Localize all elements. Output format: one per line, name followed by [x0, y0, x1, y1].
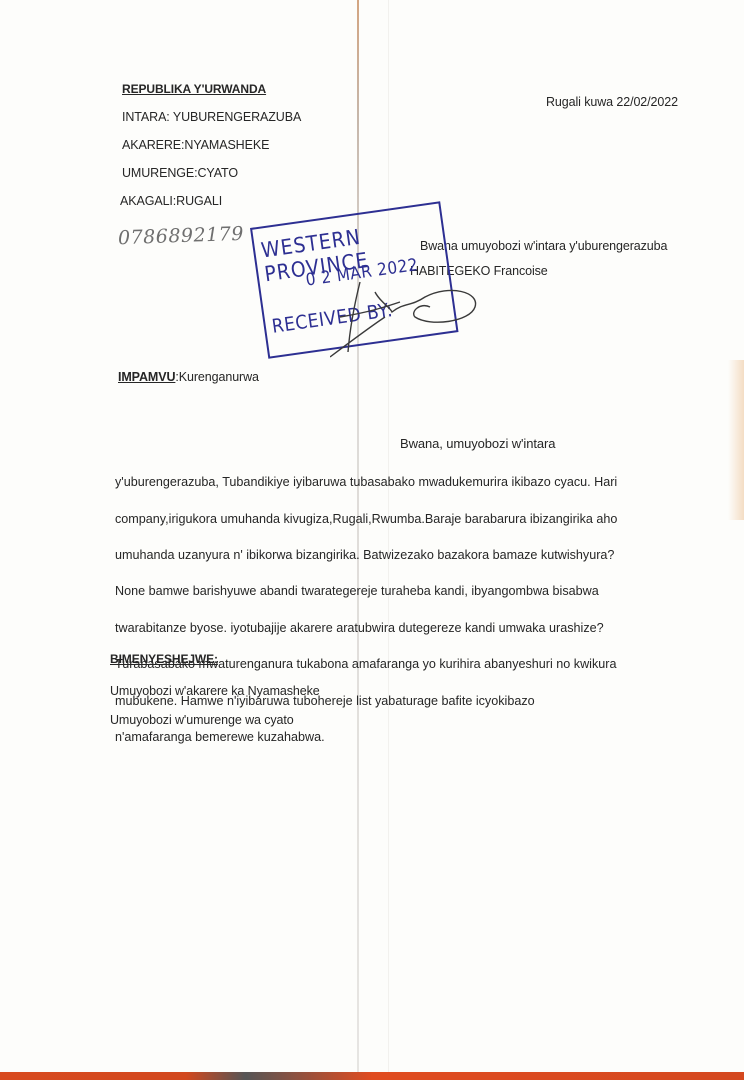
body-line: y'uburengerazuba, Tubandikiye iyibaruwa … [115, 473, 705, 491]
copy-recipient: Umuyobozi w'akarere ka Nyamasheke [110, 684, 320, 698]
handwritten-phone-number: 0786892179 [118, 223, 245, 249]
salutation: Bwana, umuyobozi w'intara [400, 436, 555, 451]
scan-bottom-edge [0, 1072, 744, 1080]
scanned-letter-page: REPUBLIKA Y'URWANDA INTARA: YUBURENGERAZ… [0, 0, 744, 1080]
subject-value: :Kurenganurwa [175, 370, 258, 384]
subject-line: IMPAMVU:Kurenganurwa [118, 370, 259, 384]
place-date: Rugali kuwa 22/02/2022 [546, 95, 678, 109]
body-line: None bamwe barishyuwe abandi twarategere… [115, 582, 705, 600]
subject-label: IMPAMVU [118, 370, 175, 384]
copies-heading: BIMENYESHEJWE: [110, 652, 218, 666]
country-heading: REPUBLIKA Y'URWANDA [122, 82, 266, 96]
paper-stain [728, 360, 744, 520]
province-line: INTARA: YUBURENGERAZUBA [122, 110, 301, 124]
body-line: umuhanda uzanyura n' ibikorwa bizangirik… [115, 546, 705, 564]
signature-icon [330, 272, 490, 362]
copy-recipient: Umuyobozi w'umurenge wa cyato [110, 713, 294, 727]
sector-line: UMURENGE:CYATO [122, 166, 238, 180]
recipient-title: Bwana umuyobozi w'intara y'uburengerazub… [420, 239, 667, 253]
district-line: AKARERE:NYAMASHEKE [122, 138, 269, 152]
cell-line: AKAGALI:RUGALI [120, 194, 222, 208]
body-line: twarabitanze byose. iyotubajije akarere … [115, 619, 705, 637]
body-line: n'amafaranga bemerewe kuzahabwa. [115, 728, 705, 746]
body-line: company,irigukora umuhanda kivugiza,Ruga… [115, 510, 705, 528]
